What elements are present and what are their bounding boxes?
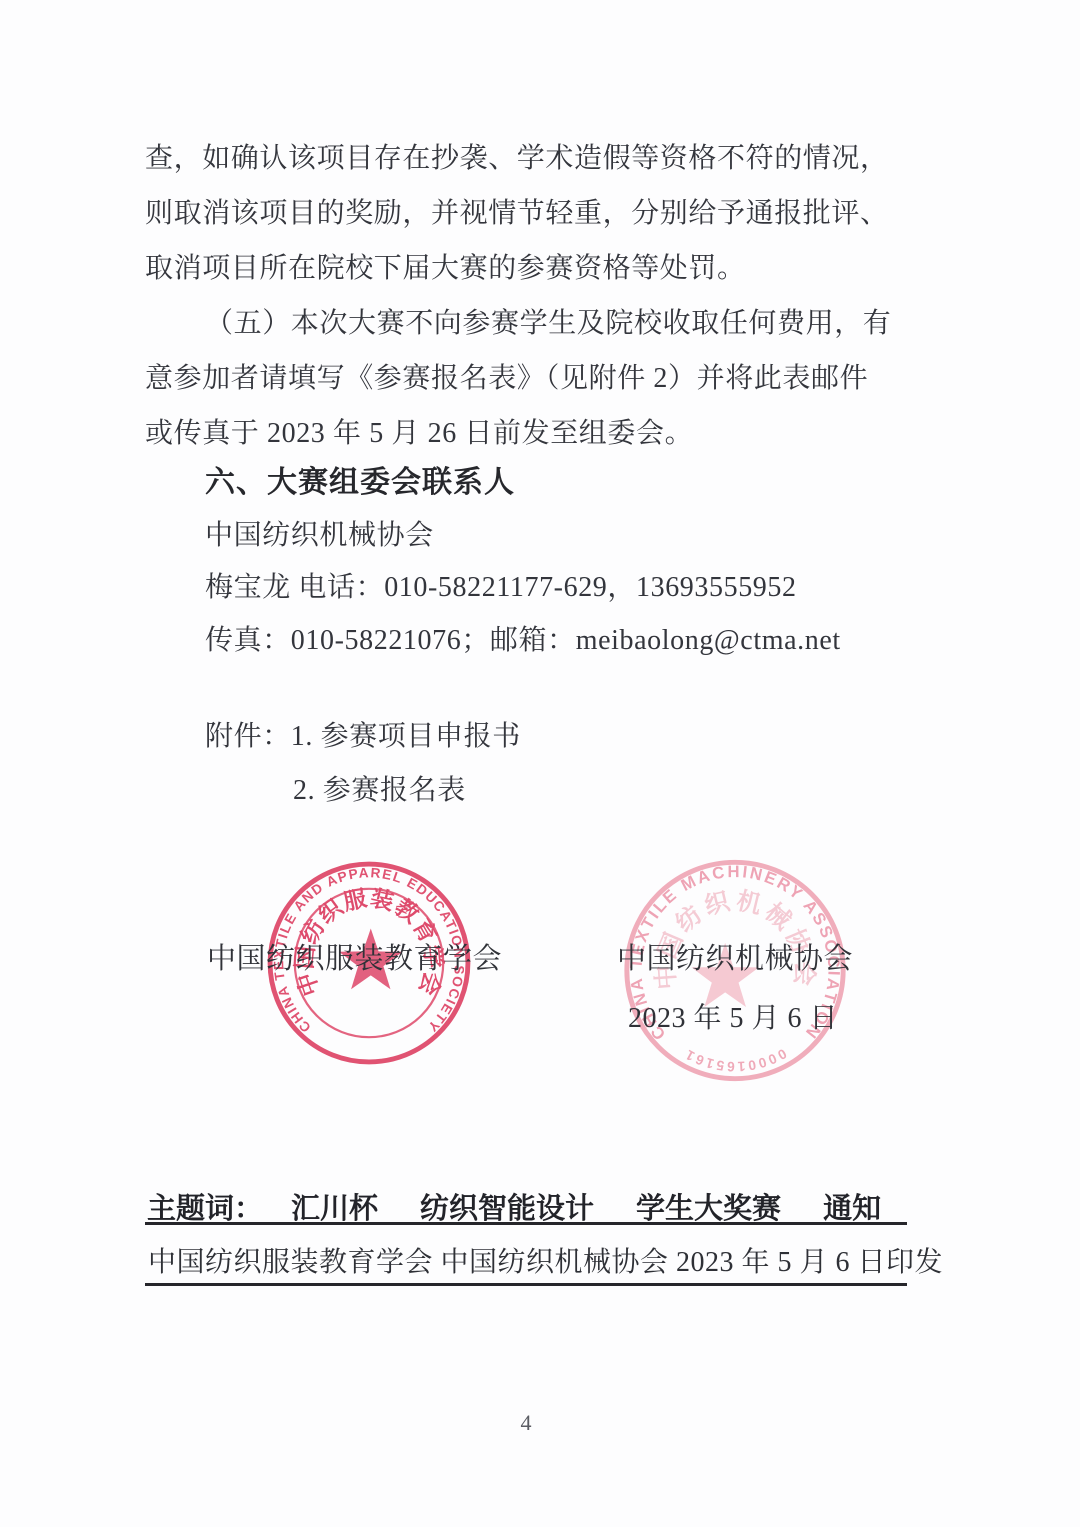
page-number: 4 <box>145 1410 907 1436</box>
footer-divider <box>145 1283 907 1286</box>
issuer-line: 中国纺织服装教育学会 中国纺织机械协会 2023 年 5 月 6 日印发 <box>148 1240 943 1280</box>
signature-right-org: 中国纺织机械协会 <box>617 936 853 977</box>
keyword-item: 汇川杯 <box>291 1186 378 1227</box>
keywords-label: 主题词： <box>147 1186 263 1227</box>
keyword-item: 学生大奖赛 <box>636 1186 781 1227</box>
keywords-line: 主题词： 汇川杯 纺织智能设计 学生大奖赛 通知 <box>147 1186 881 1227</box>
signature-date: 2023 年 5 月 6 日 <box>628 996 838 1036</box>
contact-fax-email-line: 传真：010-58221076；邮箱：meibaolong@ctma.net <box>205 624 841 658</box>
keyword-item: 纺织智能设计 <box>420 1186 594 1227</box>
body-text-line: （五）本次大赛不向参赛学生及院校收取任何费用，有 <box>205 307 891 341</box>
body-text-line: 意参加者请填写《参赛报名表》（见附件 2）并将此表邮件 <box>145 362 868 396</box>
footer-divider <box>145 1222 907 1225</box>
attachments-line: 附件：1. 参赛项目申报书 <box>205 720 521 754</box>
attachments-line: 2. 参赛报名表 <box>293 774 466 808</box>
keyword-item: 通知 <box>823 1186 881 1227</box>
body-text-line: 或传真于 2023 年 5 月 26 日前发至组委会。 <box>145 417 693 451</box>
body-text-line: 则取消该项目的奖励，并视情节轻重，分别给予通报批评、 <box>145 197 889 231</box>
signature-left-org: 中国纺织服装教育学会 <box>207 936 502 977</box>
contact-org-line: 中国纺织机械协会 <box>205 519 434 553</box>
body-text-line: 取消项目所在院校下届大赛的参赛资格等处罚。 <box>145 252 746 286</box>
body-text-line: 查，如确认该项目存在抄袭、学术造假等资格不符的情况， <box>145 142 889 176</box>
contact-phone-line: 梅宝龙 电话：010-58221177-629，13693555952 <box>205 571 797 605</box>
scanned-notice-page: 查，如确认该项目存在抄袭、学术造假等资格不符的情况， 则取消该项目的奖励，并视情… <box>0 0 1080 1527</box>
section-heading: 六、大赛组委会联系人 <box>205 466 515 500</box>
